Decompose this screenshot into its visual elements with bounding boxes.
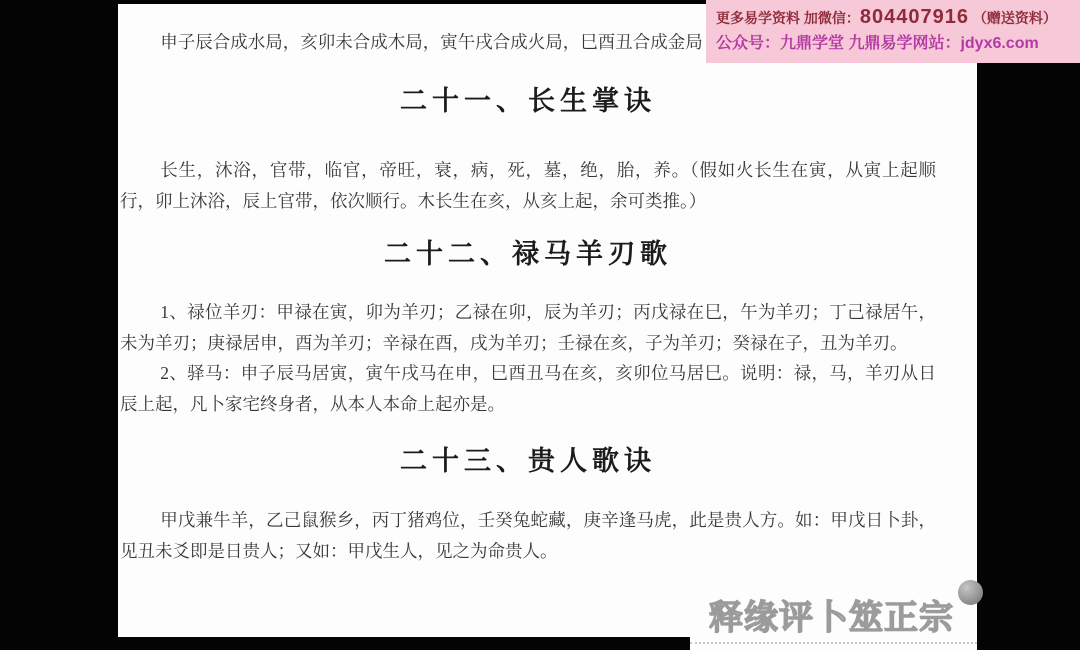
paragraph-guiren: 甲戊兼牛羊，乙己鼠猴乡，丙丁猪鸡位，壬癸兔蛇藏，庚辛逢马虎，此是贵人方。如：甲戊… [120,505,936,566]
paragraph-luwei-yangren: 1、禄位羊刃：甲禄在寅，卯为羊刃；乙禄在卯，辰为羊刃；丙戊禄在巳，午为羊刃；丁己… [120,297,936,358]
paragraph-changsheng: 长生，沐浴，官带，临官，帝旺，衰，病，死，墓，绝，胎，养。（假如火长生在寅，从寅… [120,155,936,216]
page-break-dotted-line [690,642,977,644]
bottom-crop-bar [0,637,690,650]
left-crop-bar [0,0,118,650]
section-heading-21: 二十一、长生掌诀 [120,87,936,117]
promo-line-wechat: 更多易学资料 加微信：804407916 （赠送资料） [716,5,1080,30]
watermark-text: 释缘评卜筮正宗 [709,590,954,639]
promo-banner: 更多易学资料 加微信：804407916 （赠送资料） 公众号：九鼎学堂 九鼎易… [706,0,1080,63]
promo-wechat-suffix: （赠送资料） [973,10,1057,26]
section-heading-23: 二十三、贵人歌诀 [120,447,936,477]
section-heading-22: 二十二、禄马羊刃歌 [120,240,936,270]
paragraph-yima: 2、驿马：申子辰马居寅，寅午戌马在申，巳酉丑马在亥，亥卯位马居巳。说明：禄，马，… [120,358,936,419]
promo-line-website: 公众号：九鼎学堂 九鼎易学网站：jdyx6.com [716,32,1080,55]
scroll-button[interactable] [958,580,983,605]
promo-wechat-number: 804407916 [860,6,969,28]
right-crop-bar [977,0,1080,650]
document-viewer: 申子辰合成水局，亥卯未合成木局，寅午戌合成火局，巳酉丑合成金局 二十一、长生掌诀… [0,0,1080,650]
promo-wechat-label: 更多易学资料 加微信： [716,10,860,26]
